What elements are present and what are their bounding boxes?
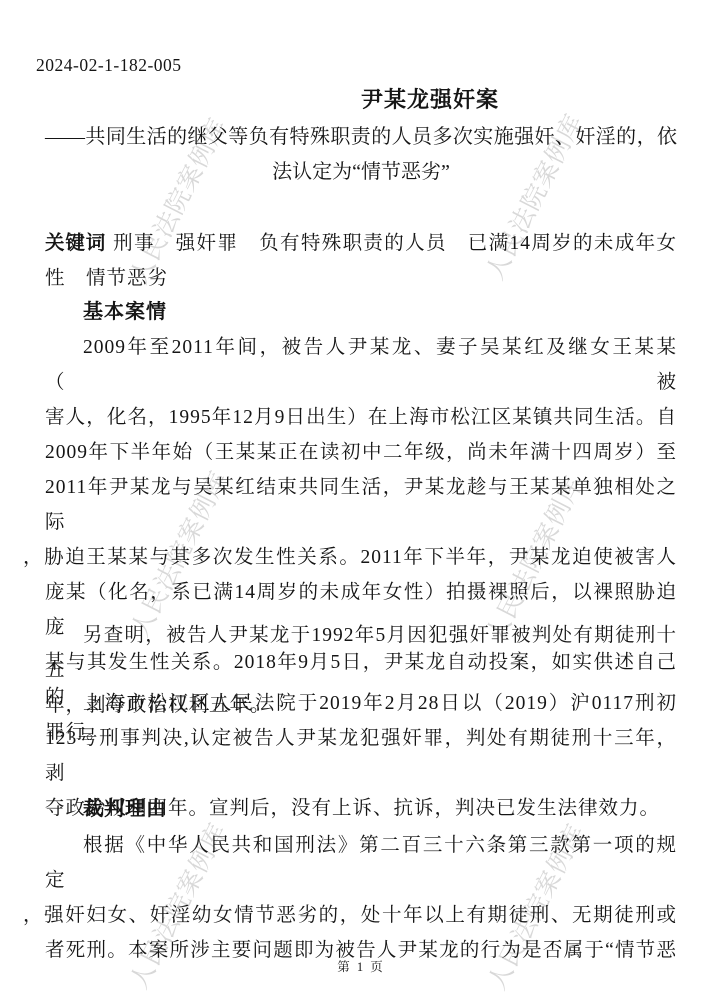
case-subtitle-line-1: ——共同生活的继父等负有特殊职责的人员多次实施强奸、奸淫的，依 [45, 120, 677, 155]
body-paragraph: 根据《中华人民共和国刑法》第二百三十六条第三款第一项的规定，强奸妇女、奸淫幼女情… [45, 828, 677, 968]
keywords-line-2: 性 情节恶劣 [45, 261, 677, 296]
page-number-footer: 第 1 页 [45, 958, 677, 976]
paragraph-line: 害人，化名，1995年12月9日出生）在上海市松江区某镇共同生活。自 [45, 400, 677, 435]
keywords-terms: 刑事 强奸罪 负有特殊职责的人员 已满14周岁的未成年女 [113, 233, 677, 254]
paragraph-line: 另查明，被告人尹某龙于1992年5月因犯强奸罪被判处有期徒刑十五 [45, 618, 677, 688]
paragraph-line: ，强奸妇女、奸淫幼女情节恶劣的，处十年以上有期徒刑、无期徒刑或 [23, 898, 677, 933]
case-title: 尹某龙强奸案 [114, 86, 706, 114]
paragraph-line: 123号刑事判决,认定被告人尹某龙犯强奸罪，判处有期徒刑十三年，剥 [45, 721, 677, 791]
section-heading: 裁判理由 [45, 792, 706, 826]
paragraph-line: 2009年至2011年间，被告人尹某龙、妻子吴某红及继女王某某（被 [45, 330, 677, 400]
document-page: 人民法院案例库人民法院案例库人民法院案例库人民法院案例库人民法院案例库人民法院案… [0, 0, 706, 999]
keywords-label: 关键词 [45, 232, 106, 254]
keywords-block: 关键词刑事 强奸罪 负有特殊职责的人员 已满14周岁的未成年女 性 情节恶劣 [45, 226, 677, 296]
section-heading: 基本案情 [45, 295, 706, 329]
case-subtitle-line-2: 法认定为“情节恶劣” [45, 155, 677, 190]
case-subtitle: ——共同生活的继父等负有特殊职责的人员多次实施强奸、奸淫的，依 法认定为“情节恶… [45, 120, 677, 190]
paragraph-line: 2011年尹某龙与吴某红结束共同生活，尹某龙趁与王某某单独相处之际 [45, 470, 677, 540]
paragraph-line: ，胁迫王某某与其多次发生性关系。2011年下半年，尹某龙迫使被害人 [23, 540, 677, 575]
paragraph-line: 上海市松江区人民法院于2019年2月28日以（2019）沪0117刑初 [45, 686, 677, 721]
paragraph-line: 2009年下半年始（王某某正在读初中二年级，尚未年满十四周岁）至 [45, 435, 677, 470]
document-number: 2024-02-1-182-005 [36, 52, 668, 78]
keywords-line-1: 关键词刑事 强奸罪 负有特殊职责的人员 已满14周岁的未成年女 [45, 226, 677, 261]
paragraph-line: 根据《中华人民共和国刑法》第二百三十六条第三款第一项的规定 [45, 828, 677, 898]
